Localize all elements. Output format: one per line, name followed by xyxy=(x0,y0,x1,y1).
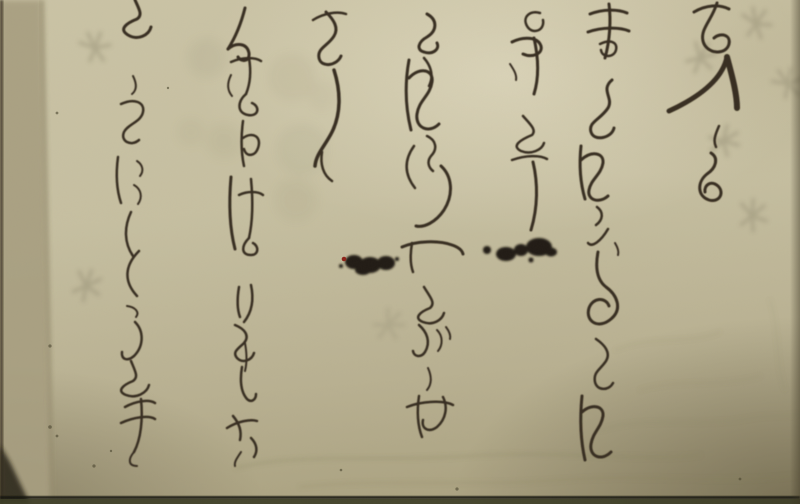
manuscript-art xyxy=(0,0,800,504)
manuscript-photo: を人〳る 草をれふあされ ろやらとて それ〳くわとかこせ さらし んなよはりそし… xyxy=(0,0,800,504)
paper-grain xyxy=(0,0,800,504)
